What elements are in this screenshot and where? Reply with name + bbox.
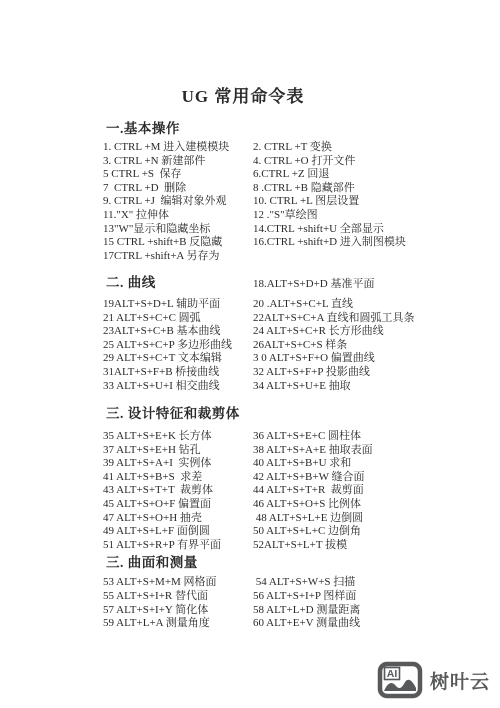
command-item: 32 ALT+S+F+P 投影曲线	[253, 366, 500, 380]
command-item: 48 ALT+S+L+E 边倒圆	[253, 512, 500, 526]
section-heading: 三. 设计特征和裁剪体	[106, 406, 240, 421]
command-item: 59 ALT+L+A 测量角度	[103, 617, 253, 631]
command-item: 57 ALT+S+I+Y 简化体	[103, 604, 253, 618]
command-item: 31ALT+S+F+B 桥接曲线	[103, 366, 253, 380]
command-item: 12 ."S"草绘图	[253, 209, 500, 223]
command-row: 51 ALT+S+R+P 有界平面52ALT+S+L+T 拔模	[103, 539, 500, 553]
command-item: 13"W"显示和隐藏坐标	[103, 223, 253, 237]
section-heading: 一.基本操作	[106, 121, 180, 136]
command-item: 42 ALT+S+B+W 缝合面	[253, 471, 500, 485]
section-heading-row: 一.基本操作	[0, 121, 500, 136]
command-row: 55 ALT+S+I+R 替代面56 ALT+S+I+P 图样面	[103, 590, 500, 604]
command-item: 2. CTRL +T 变换	[253, 141, 500, 155]
command-row: 37 ALT+S+E+H 钻孔38 ALT+S+A+E 抽取表面	[103, 444, 500, 458]
command-row: 5 CTRL +S 保存6.CTRL +Z 回退	[103, 168, 500, 182]
command-item: 11."X" 拉伸体	[103, 209, 253, 223]
command-row: 9. CTRL +J 编辑对象外观10. CTRL +L 图层设置	[103, 195, 500, 209]
command-row: 47 ALT+S+O+H 抽壳 48 ALT+S+L+E 边倒圆	[103, 512, 500, 526]
command-item: 18.ALT+S+D+D 基准平面	[253, 278, 500, 292]
command-item: 5 CTRL +S 保存	[103, 168, 253, 182]
command-row: 1. CTRL +M 进入建模模块2. CTRL +T 变换	[103, 141, 500, 155]
command-item: 40 ALT+S+B+U 求和	[253, 457, 500, 471]
command-item: 41 ALT+S+B+S 求差	[103, 471, 253, 485]
command-row: 35 ALT+S+E+K 长方体36 ALT+S+E+C 圆柱体	[103, 430, 500, 444]
command-item: 50 ALT+S+L+C 边倒角	[253, 525, 500, 539]
command-item: 3 0 ALT+S+F+O 偏置曲线	[253, 352, 500, 366]
command-row: 15 CTRL +shift+B 反隐藏16.CTRL +shift+D 进入制…	[103, 236, 500, 250]
command-item: 52ALT+S+L+T 拔模	[253, 539, 500, 553]
command-list: 19ALT+S+D+L 辅助平面20 .ALT+S+C+L 直线21 ALT+S…	[0, 298, 500, 393]
section-heading-row: 三. 设计特征和裁剪体	[0, 406, 500, 421]
command-item: 15 CTRL +shift+B 反隐藏	[103, 236, 253, 250]
command-row: 13"W"显示和隐藏坐标14.CTRL +shift+U 全部显示	[103, 223, 500, 237]
command-item: 25 ALT+S+C+P 多边形曲线	[103, 339, 253, 353]
command-row: 11."X" 拉伸体12 ."S"草绘图	[103, 209, 500, 223]
command-item: 58 ALT+L+D 测量距离	[253, 604, 500, 618]
command-row: 3. CTRL +N 新建部件4. CTRL +O 打开文件	[103, 155, 500, 169]
command-item: 8 .CTRL +B 隐藏部件	[253, 182, 500, 196]
command-row: 23ALT+S+C+B 基本曲线24 ALT+S+C+R 长方形曲线	[103, 325, 500, 339]
command-item: 56 ALT+S+I+P 图样面	[253, 590, 500, 604]
command-item: 20 .ALT+S+C+L 直线	[253, 298, 500, 312]
command-item: 60 ALT+E+V 测量曲线	[253, 617, 500, 631]
command-item: 55 ALT+S+I+R 替代面	[103, 590, 253, 604]
command-item: 36 ALT+S+E+C 圆柱体	[253, 430, 500, 444]
command-row: 17CTRL +shift+A 另存为	[103, 250, 500, 264]
section-surfaces-measurement: 三. 曲面和测量 53 ALT+S+M+M 网格面 54 ALT+S+W+S 扫…	[0, 555, 500, 630]
command-item: 54 ALT+S+W+S 扫描	[253, 576, 500, 590]
command-item: 4. CTRL +O 打开文件	[253, 155, 500, 169]
command-row: 59 ALT+L+A 测量角度60 ALT+E+V 测量曲线	[103, 617, 500, 631]
command-item: 19ALT+S+D+L 辅助平面	[103, 298, 253, 312]
command-list: 35 ALT+S+E+K 长方体36 ALT+S+E+C 圆柱体37 ALT+S…	[0, 430, 500, 552]
command-row: 31ALT+S+F+B 桥接曲线32 ALT+S+F+P 投影曲线	[103, 366, 500, 380]
section-heading: 二. 曲线	[106, 275, 253, 290]
command-item: 14.CTRL +shift+U 全部显示	[253, 223, 500, 237]
command-item: 16.CTRL +shift+D 进入制图模块	[253, 236, 500, 250]
command-item: 1. CTRL +M 进入建模模块	[103, 141, 253, 155]
command-item: 3. CTRL +N 新建部件	[103, 155, 253, 169]
command-item: 7 CTRL +D 删除	[103, 182, 253, 196]
command-row: 53 ALT+S+M+M 网格面 54 ALT+S+W+S 扫描	[103, 576, 500, 590]
command-row: 7 CTRL +D 删除8 .CTRL +B 隐藏部件	[103, 182, 500, 196]
command-row: 29 ALT+S+C+T 文本编辑3 0 ALT+S+F+O 偏置曲线	[103, 352, 500, 366]
command-item: 49 ALT+S+L+F 面倒圆	[103, 525, 253, 539]
command-item: 33 ALT+S+U+I 相交曲线	[103, 380, 253, 394]
command-item: 34 ALT+S+U+E 抽取	[253, 380, 500, 394]
command-row: 39 ALT+S+A+I 实例体40 ALT+S+B+U 求和	[103, 457, 500, 471]
command-item: 17CTRL +shift+A 另存为	[103, 250, 253, 264]
command-item: 29 ALT+S+C+T 文本编辑	[103, 352, 253, 366]
command-item: 37 ALT+S+E+H 钻孔	[103, 444, 253, 458]
brand-watermark: AI 树叶云	[377, 661, 490, 699]
section-design-features-trim: 三. 设计特征和裁剪体 35 ALT+S+E+K 长方体36 ALT+S+E+C…	[0, 406, 500, 552]
command-row: 33 ALT+S+U+I 相交曲线34 ALT+S+U+E 抽取	[103, 380, 500, 394]
command-item: 26ALT+S+C+S 样条	[253, 339, 500, 353]
command-item: 21 ALT+S+C+C 圆弧	[103, 312, 253, 326]
command-item: 23ALT+S+C+B 基本曲线	[103, 325, 253, 339]
command-row: 19ALT+S+D+L 辅助平面20 .ALT+S+C+L 直线	[103, 298, 500, 312]
command-item: 35 ALT+S+E+K 长方体	[103, 430, 253, 444]
command-item: 51 ALT+S+R+P 有界平面	[103, 539, 253, 553]
command-item: 9. CTRL +J 编辑对象外观	[103, 195, 253, 209]
command-item: 10. CTRL +L 图层设置	[253, 195, 500, 209]
command-row: 57 ALT+S+I+Y 简化体58 ALT+L+D 测量距离	[103, 604, 500, 618]
command-item: 46 ALT+S+O+S 比例体	[253, 498, 500, 512]
command-item: 53 ALT+S+M+M 网格面	[103, 576, 253, 590]
document-page: UG 常用命令表 一.基本操作 1. CTRL +M 进入建模模块2. CTRL…	[0, 0, 500, 708]
command-item: 22ALT+S+C+A 直线和圆弧工具条	[253, 312, 500, 326]
section-curves: 二. 曲线 18.ALT+S+D+D 基准平面 19ALT+S+D+L 辅助平面…	[0, 275, 500, 393]
command-row: 45 ALT+S+O+F 偏置面46 ALT+S+O+S 比例体	[103, 498, 500, 512]
command-item: 24 ALT+S+C+R 长方形曲线	[253, 325, 500, 339]
command-item: 43 ALT+S+T+T 裁剪体	[103, 484, 253, 498]
command-list: 1. CTRL +M 进入建模模块2. CTRL +T 变换3. CTRL +N…	[0, 141, 500, 263]
ai-picture-icon: AI	[377, 661, 423, 699]
command-item: 6.CTRL +Z 回退	[253, 168, 500, 182]
command-row: 25 ALT+S+C+P 多边形曲线26ALT+S+C+S 样条	[103, 339, 500, 353]
command-list: 53 ALT+S+M+M 网格面 54 ALT+S+W+S 扫描55 ALT+S…	[0, 576, 500, 630]
command-row: 21 ALT+S+C+C 圆弧22ALT+S+C+A 直线和圆弧工具条	[103, 312, 500, 326]
page-title: UG 常用命令表	[0, 0, 486, 108]
command-row: 43 ALT+S+T+T 裁剪体44 ALT+S+T+R 裁剪面	[103, 484, 500, 498]
command-item: 44 ALT+S+T+R 裁剪面	[253, 484, 500, 498]
section-heading-row: 三. 曲面和测量	[0, 555, 500, 570]
command-item: 45 ALT+S+O+F 偏置面	[103, 498, 253, 512]
section-heading: 三. 曲面和测量	[106, 555, 198, 570]
svg-text:AI: AI	[387, 668, 398, 680]
command-item: 38 ALT+S+A+E 抽取表面	[253, 444, 500, 458]
section-basic-operations: 一.基本操作 1. CTRL +M 进入建模模块2. CTRL +T 变换3. …	[0, 121, 500, 263]
command-item: 39 ALT+S+A+I 实例体	[103, 457, 253, 471]
brand-name: 树叶云	[430, 667, 490, 694]
command-item: 47 ALT+S+O+H 抽壳	[103, 512, 253, 526]
command-row: 41 ALT+S+B+S 求差42 ALT+S+B+W 缝合面	[103, 471, 500, 485]
command-row: 49 ALT+S+L+F 面倒圆50 ALT+S+L+C 边倒角	[103, 525, 500, 539]
section-heading-row: 二. 曲线 18.ALT+S+D+D 基准平面	[0, 275, 500, 292]
